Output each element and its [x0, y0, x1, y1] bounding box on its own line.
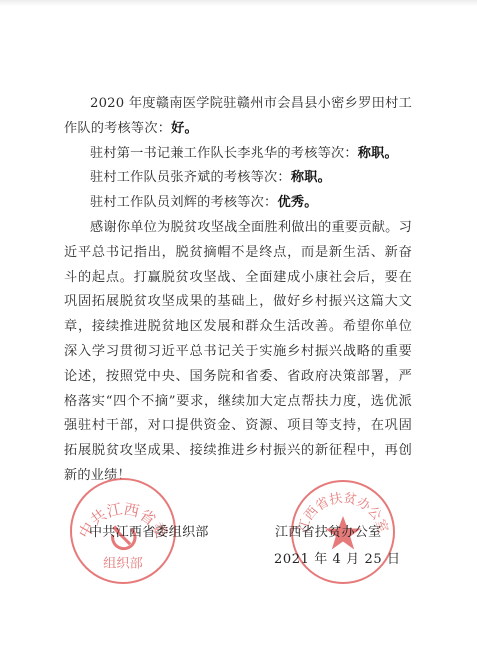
- member1-assessment-text: 驻村工作队员张齐斌的考核等次：: [90, 170, 291, 185]
- signature-right-organization: 江西省扶贫办公室: [275, 521, 381, 540]
- leader-assessment-text: 驻村第一书记兼工作队长李兆华的考核等次：: [90, 146, 358, 161]
- team-grade: 好。: [171, 121, 198, 136]
- member2-assessment-text: 驻村工作队员刘辉的考核等次：: [90, 195, 277, 210]
- team-assessment-line: 2020 年度赣南医学院驻赣州市会昌县小密乡罗田村工作队的考核等次：好。: [64, 92, 412, 142]
- member1-assessment-line: 驻村工作队员张齐斌的考核等次：称职。: [64, 166, 412, 191]
- thanks-paragraph: 感谢你单位为脱贫攻坚战全面胜利做出的重要贡献。习近平总书记指出，脱贫摘帽不是终点…: [64, 216, 412, 489]
- member2-assessment-line: 驻村工作队员刘辉的考核等次：优秀。: [64, 191, 412, 216]
- leader-grade: 称职。: [358, 146, 398, 161]
- member2-grade: 优秀。: [277, 195, 317, 210]
- leader-assessment-line: 驻村第一书记兼工作队长李兆华的考核等次：称职。: [64, 142, 412, 167]
- member1-grade: 称职。: [291, 170, 331, 185]
- document-body: 2020 年度赣南医学院驻赣州市会昌县小密乡罗田村工作队的考核等次：好。 驻村第…: [64, 92, 412, 489]
- seal-bottom-text: 组织部: [103, 556, 143, 572]
- signature-left-organization: 中共江西省委组织部: [89, 521, 209, 540]
- page-top-shadow: [0, 0, 477, 6]
- signature-date: 2021 年 4 月 25 日: [274, 548, 401, 567]
- team-assessment-text: 2020 年度赣南医学院驻赣州市会昌县小密乡罗田村工作队的考核等次：: [64, 96, 412, 136]
